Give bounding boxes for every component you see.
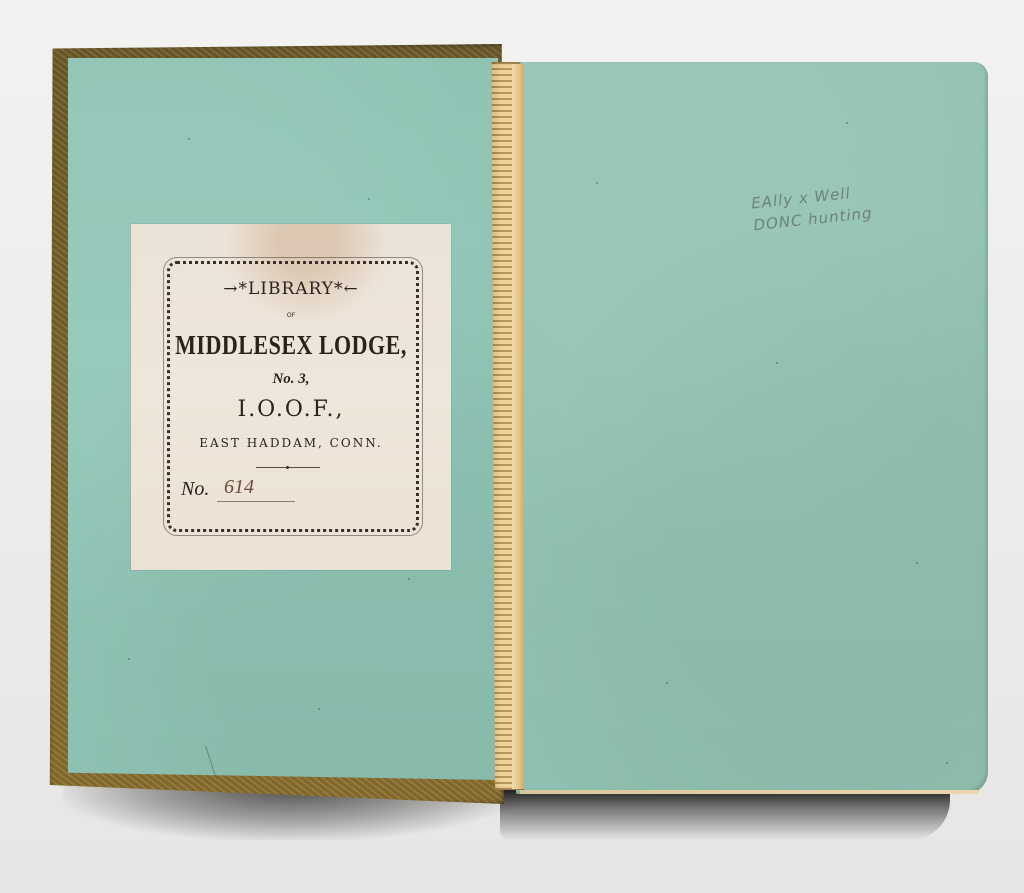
bookplate-number-value: 614 (224, 476, 254, 499)
bookplate-location: EAST HADDAM, CONN. (131, 436, 451, 450)
ornament-left-icon: →* (223, 279, 248, 299)
book-shadow-right (500, 790, 950, 840)
hinge-paper-strip (512, 64, 524, 789)
bookplate-order: I.O.O.F., (131, 397, 451, 422)
bookplate-lodge-name: MIDDLESEX LODGE, (131, 329, 451, 362)
free-endpaper-page (516, 62, 988, 794)
bookplate-lodge-number: No. 3, (131, 371, 451, 388)
photo-scene: EAlly x Well DONC hunting →*LIBRARY*← OF… (0, 0, 1024, 893)
ornament-right-icon: *← (334, 279, 359, 299)
bookplate-number-underline (217, 501, 295, 502)
bookplate-label: →*LIBRARY*← OF MIDDLESEX LODGE, No. 3, I… (131, 224, 451, 570)
page-block-edge (520, 790, 980, 794)
bookplate-divider (256, 467, 320, 468)
bookplate-header: →*LIBRARY*← (131, 279, 451, 299)
bookplate-of: OF (131, 312, 451, 319)
bookplate-number-label: No. (181, 478, 209, 501)
